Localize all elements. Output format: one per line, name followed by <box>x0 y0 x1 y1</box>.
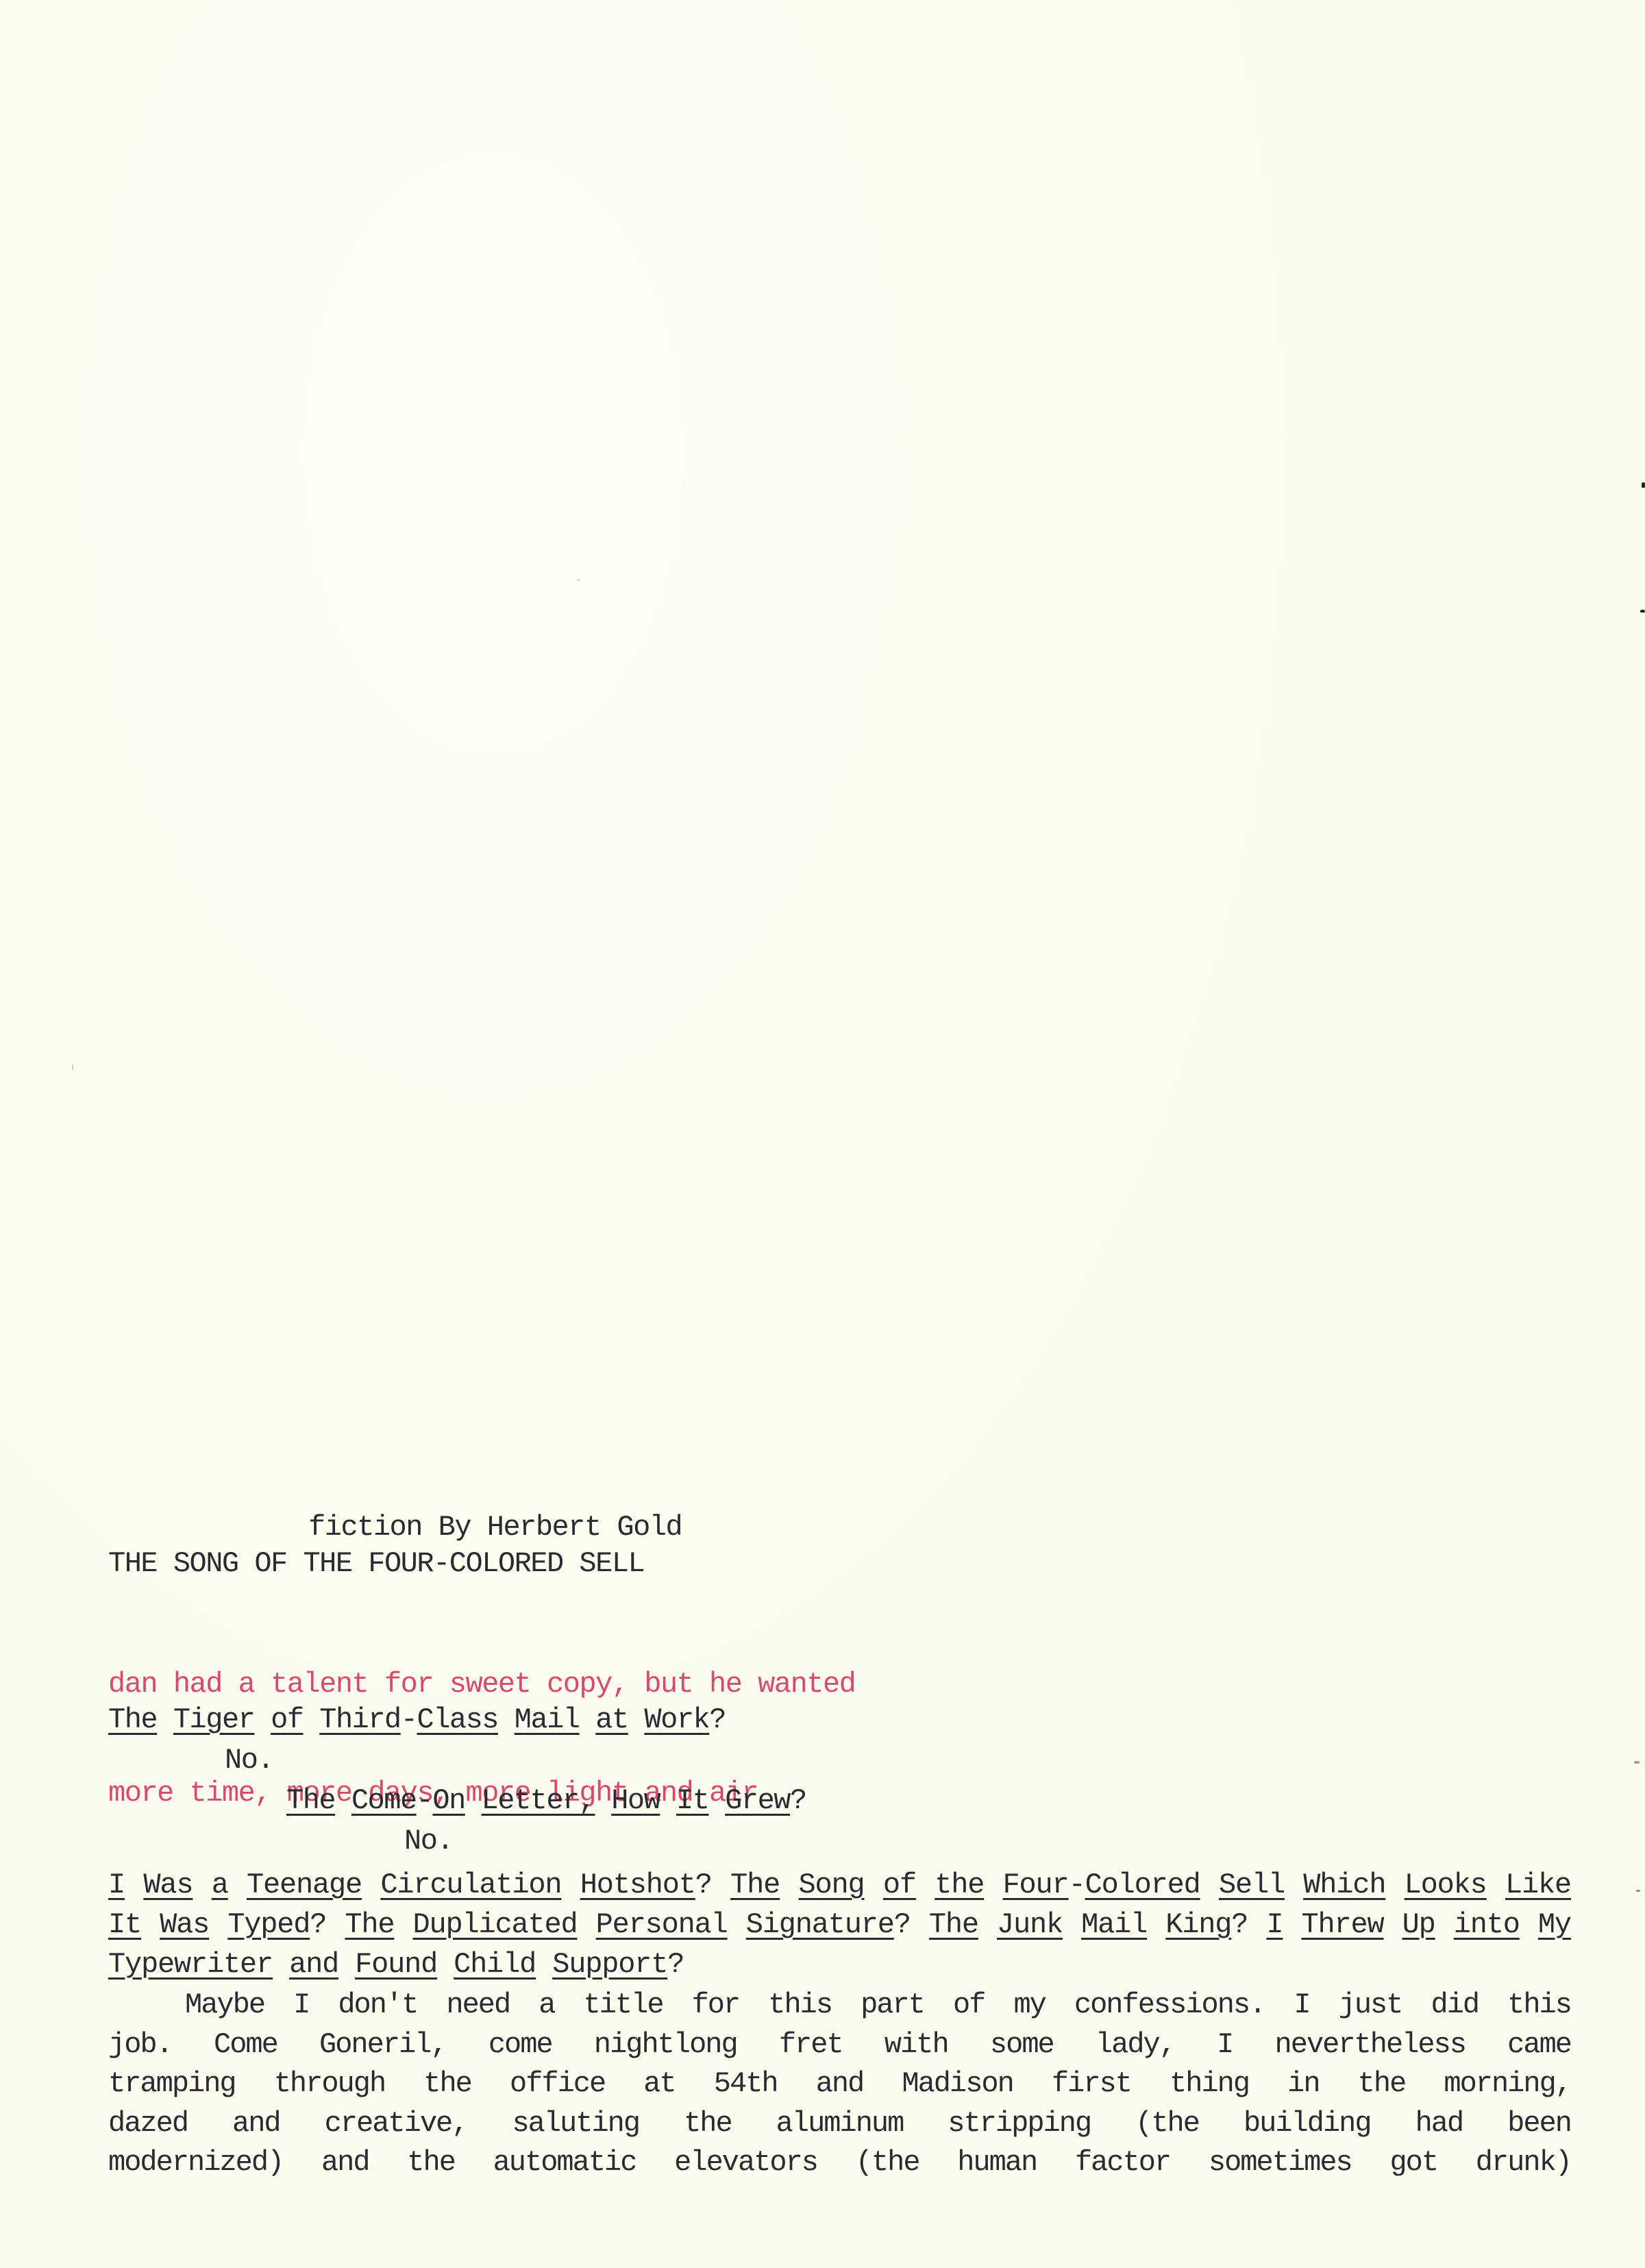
edge-mark <box>1634 1761 1640 1764</box>
dek-line: dan had a talent for sweet copy, but he … <box>108 1666 855 1703</box>
dust-speck <box>72 1064 73 1071</box>
body-line: dazed and creative, saluting the aluminu… <box>108 2104 1571 2144</box>
body-paragraph: Maybe I don't need a title for this part… <box>108 1986 1571 2183</box>
body-line: job. Come Goneril, come nightlong fret w… <box>108 2025 1571 2065</box>
edge-mark <box>1640 610 1645 613</box>
answer-no-1: No. <box>225 1744 273 1777</box>
body-line: modernized) and the automatic elevators … <box>108 2143 1571 2183</box>
rejected-title-2: The Come-On Letter, How It Grew? <box>286 1784 806 1817</box>
rejected-title-1: The Tiger of Third-Class Mail at Work? <box>108 1703 726 1736</box>
story-title: THE SONG OF THE FOUR-COLORED SELL <box>108 1544 644 1583</box>
alternate-title: The Duplicated Personal Signature? <box>345 1908 910 1941</box>
alternate-titles-list: I Was a Teenage Circulation Hotshot? The… <box>108 1865 1571 1984</box>
answer-no-2: No. <box>404 1825 453 1858</box>
edge-mark <box>1636 1890 1640 1892</box>
alternate-title: I Was a Teenage Circulation Hotshot? <box>108 1869 712 1901</box>
dust-speck <box>578 579 580 581</box>
edge-mark <box>1642 482 1645 488</box>
body-line: Maybe I don't need a title for this part… <box>108 1986 1571 2025</box>
alternate-title: The Junk Mail King? <box>929 1908 1248 1941</box>
body-line: tramping through the office at 54th and … <box>108 2064 1571 2104</box>
byline: fiction By Herbert Gold <box>308 1507 682 1547</box>
